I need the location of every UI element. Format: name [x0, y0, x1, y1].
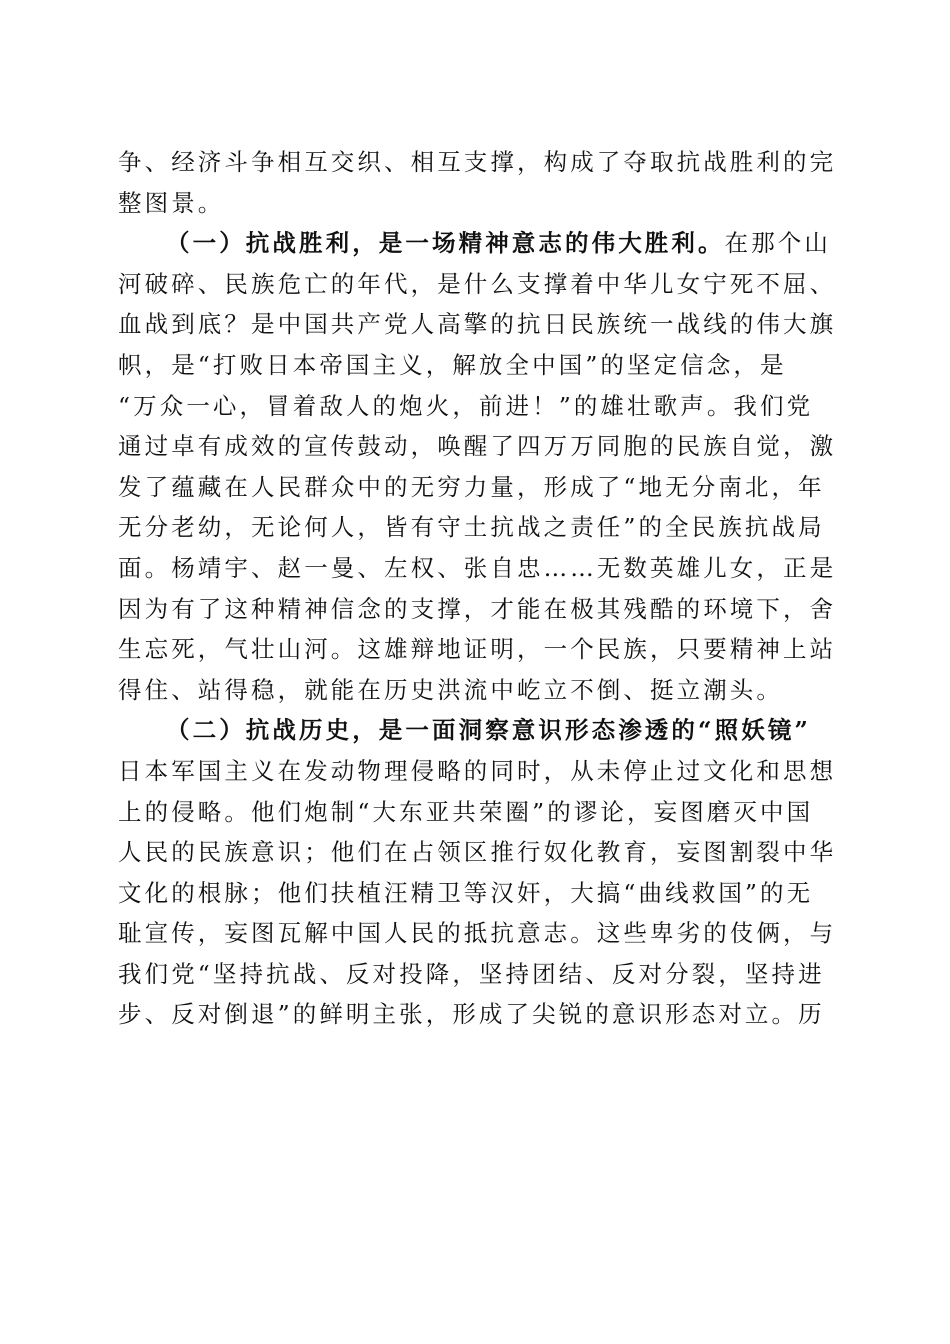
text-line: 通过卓有成效的宣传鼓动，唤醒了四万万同胞的民族自觉，激: [118, 426, 830, 467]
text-span: 在那个山: [725, 229, 831, 257]
text-line: 上的侵略。他们炮制“大东亚共荣圈”的谬论，妄图磨灭中国: [118, 792, 830, 833]
text-line: 日本军国主义在发动物理侵略的同时，从未停止过文化和思想: [118, 751, 830, 792]
section-heading-line: （二）抗战历史，是一面洞察意识形态渗透的“照妖镜”: [118, 710, 830, 751]
text-line: 无分老幼，无论何人，皆有守土抗战之责任”的全民族抗战局: [118, 507, 830, 548]
section-heading-1: （一）抗战胜利，是一场精神意志的伟大胜利。: [166, 229, 725, 257]
text-line: 帜，是“打败日本帝国主义，解放全中国”的坚定信念，是: [118, 345, 830, 386]
text-line: 发了蕴藏在人民群众中的无穷力量，形成了“地无分南北，年: [118, 467, 830, 508]
section-heading-line: （一）抗战胜利，是一场精神意志的伟大胜利。在那个山: [118, 223, 830, 264]
text-line: 人民的民族意识；他们在占领区推行奴化教育，妄图割裂中华: [118, 832, 830, 873]
text-line: “万众一心，冒着敌人的炮火，前进！”的雄壮歌声。我们党: [118, 386, 830, 427]
text-line: 文化的根脉；他们扶植汪精卫等汉奸，大搞“曲线救国”的无: [118, 873, 830, 914]
document-page: 争、经济斗争相互交织、相互支撑，构成了夺取抗战胜利的完 整图景。 （一）抗战胜利…: [118, 142, 830, 1035]
text-line: 得住、站得稳，就能在历史洪流中屹立不倒、挺立潮头。: [118, 670, 830, 711]
text-line: 步、反对倒退”的鲜明主张，形成了尖锐的意识形态对立。历: [118, 994, 830, 1035]
text-line: 面。杨靖宇、赵一曼、左权、张自忠……无数英雄儿女，正是: [118, 548, 830, 589]
text-line: 耻宣传，妄图瓦解中国人民的抵抗意志。这些卑劣的伎俩，与: [118, 913, 830, 954]
section-heading-2: （二）抗战历史，是一面洞察意识形态渗透的“照妖镜”: [166, 716, 811, 744]
text-line: 争、经济斗争相互交织、相互支撑，构成了夺取抗战胜利的完: [118, 142, 830, 183]
text-line: 河破碎、民族危亡的年代，是什么支撑着中华儿女宁死不屈、: [118, 264, 830, 305]
text-line: 生忘死，气壮山河。这雄辩地证明，一个民族，只要精神上站: [118, 629, 830, 670]
text-line: 整图景。: [118, 183, 830, 224]
text-line: 因为有了这种精神信念的支撑，才能在极其残酷的环境下，舍: [118, 589, 830, 630]
text-line: 我们党“坚持抗战、反对投降，坚持团结、反对分裂，坚持进: [118, 954, 830, 995]
text-line: 血战到底？是中国共产党人高擎的抗日民族统一战线的伟大旗: [118, 304, 830, 345]
